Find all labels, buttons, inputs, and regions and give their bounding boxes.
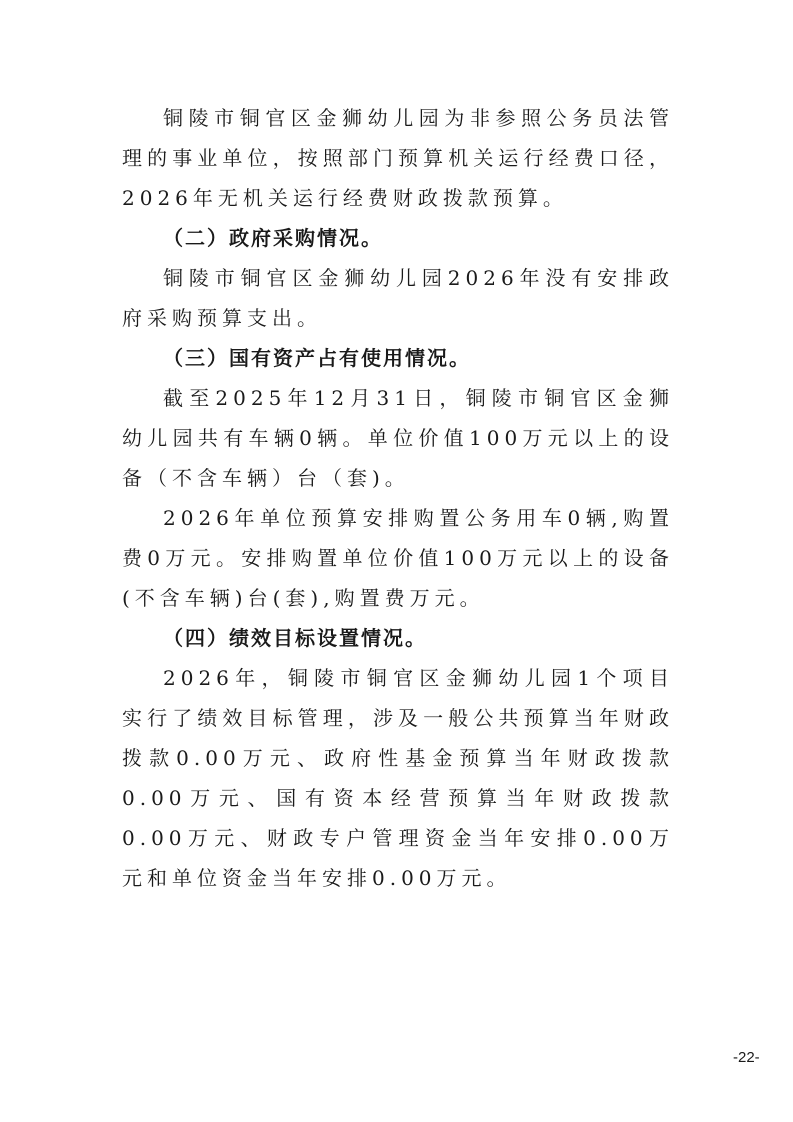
paragraph-state-assets: 截至2025年12月31日，铜陵市铜官区金狮幼儿园共有车辆0辆。单位价值100万… xyxy=(122,378,674,498)
document-body: 铜陵市铜官区金狮幼儿园为非参照公务员法管理的事业单位，按照部门预算机关运行经费口… xyxy=(122,98,674,898)
paragraph-performance-goals: 2026年，铜陵市铜官区金狮幼儿园1个项目实行了绩效目标管理，涉及一般公共预算当… xyxy=(122,658,674,898)
paragraph-operating-expenses: 铜陵市铜官区金狮幼儿园为非参照公务员法管理的事业单位，按照部门预算机关运行经费口… xyxy=(122,98,674,218)
paragraph-vehicle-purchase: 2026年单位预算安排购置公务用车0辆,购置费0万元。安排购置单位价值100万元… xyxy=(122,498,674,618)
page-number: -22- xyxy=(733,1049,760,1066)
section-heading-performance-goals: （四）绩效目标设置情况。 xyxy=(122,618,674,658)
paragraph-government-procurement: 铜陵市铜官区金狮幼儿园2026年没有安排政府采购预算支出。 xyxy=(122,258,674,338)
section-heading-state-assets: （三）国有资产占有使用情况。 xyxy=(122,338,674,378)
section-heading-government-procurement: （二）政府采购情况。 xyxy=(122,218,674,258)
